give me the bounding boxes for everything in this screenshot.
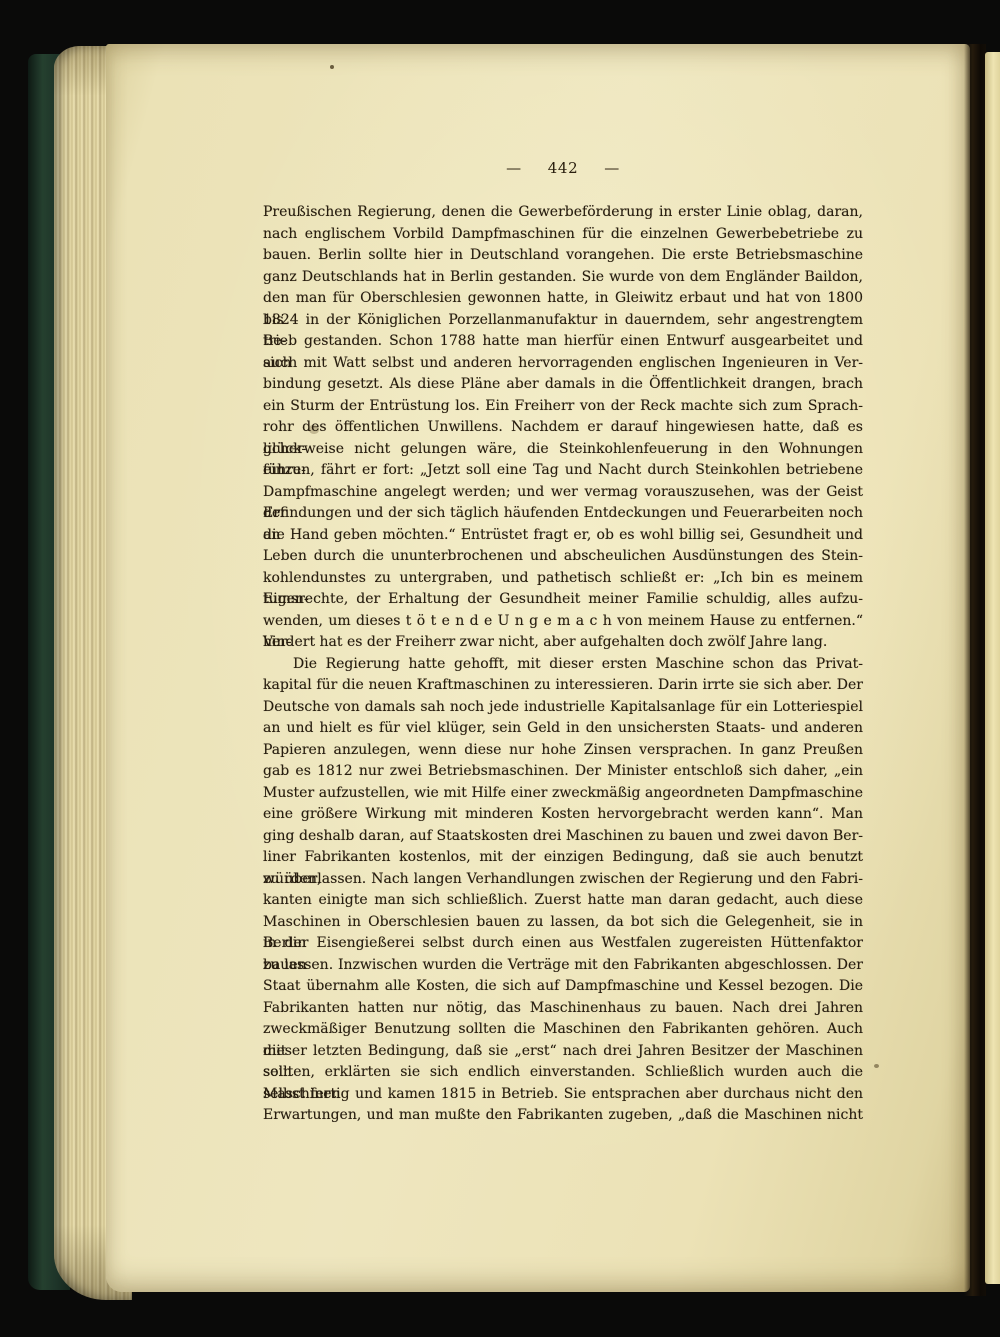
text-line: ging deshalb daran, auf Staatskosten dre… <box>263 826 863 848</box>
scan-speck <box>330 65 334 69</box>
text-body: Preußischen Regierung, denen die Gewerbe… <box>263 202 863 1127</box>
text-line: dieser letzten Bedingung, daß sie „erst“… <box>263 1041 863 1063</box>
text-line: Maschinen in Oberschlesien bauen zu lass… <box>263 912 863 934</box>
text-line: ganz Deutschlands hat in Berlin gestande… <box>263 267 863 289</box>
text-line: Fabrikanten hatten nur nötig, das Maschi… <box>263 998 863 1020</box>
text-line: Die Regierung hatte gehofft, mit dieser … <box>263 654 863 676</box>
header-dash-left: — <box>506 159 522 177</box>
text-line: in der Eisengießerei selbst durch einen … <box>263 933 863 955</box>
header-dash-right: — <box>604 159 620 177</box>
page-header: — 442 — <box>263 158 863 178</box>
text-line: gab es 1812 nur zwei Betriebsmaschinen. … <box>263 761 863 783</box>
scan-speck <box>874 1064 879 1068</box>
text-line: führen, fährt er fort: „Jetzt soll eine … <box>263 460 863 482</box>
text-line: trieb gestanden. Schon 1788 hatte man hi… <box>263 331 863 353</box>
text-line: liner Fabrikanten kostenlos, mit der ein… <box>263 847 863 869</box>
text-line: Muster aufzustellen, wie mit Hilfe einer… <box>263 783 863 805</box>
book-page: — 442 — Preußischen Regierung, denen die… <box>106 44 970 1292</box>
text-line: ein Sturm der Entrüstung los. Ein Freihe… <box>263 396 863 418</box>
text-line: die Hand geben möchten.“ Entrüstet fragt… <box>263 525 863 547</box>
text-line: Erwartungen, und man mußte den Fabrikant… <box>263 1105 863 1127</box>
text-line: 1824 in der Königlichen Porzellanmanufak… <box>263 310 863 332</box>
text-line: kapital für die neuen Kraftmaschinen zu … <box>263 675 863 697</box>
page-number: 442 <box>548 159 578 177</box>
text-line: rohr des öffentlichen Unwillens. Nachdem… <box>263 417 863 439</box>
text-line: auch mit Watt selbst und anderen hervorr… <box>263 353 863 375</box>
text-line: kohlendunstes zu untergraben, und pathet… <box>263 568 863 590</box>
text-line: Leben durch die ununterbrochenen und abs… <box>263 546 863 568</box>
text-line: Erfindungen und der sich täglich häufend… <box>263 503 863 525</box>
text-line: Staat übernahm alle Kosten, die sich auf… <box>263 976 863 998</box>
text-line: zu überlassen. Nach langen Verhandlungen… <box>263 869 863 891</box>
text-line: Papieren anzulegen, wenn diese nur hohe … <box>263 740 863 762</box>
text-line: an und hielt es für viel klüger, sein Ge… <box>263 718 863 740</box>
text-line: kanten einigte man sich schließlich. Zue… <box>263 890 863 912</box>
text-line: tumsrechte, der Erhaltung der Gesundheit… <box>263 589 863 611</box>
text-line: den man für Oberschlesien gewonnen hatte… <box>263 288 863 310</box>
gutter-shadow <box>964 44 986 1296</box>
text-line: eine größere Wirkung mit minderen Kosten… <box>263 804 863 826</box>
text-line: licherweise nicht gelungen wäre, die Ste… <box>263 439 863 461</box>
text-line: Preußischen Regierung, denen die Gewerbe… <box>263 202 863 224</box>
text-line: zweckmäßiger Benutzung sollten die Masch… <box>263 1019 863 1041</box>
text-line: selbst fertig und kamen 1815 in Betrieb.… <box>263 1084 863 1106</box>
next-page-edge <box>985 52 1000 1284</box>
text-line: bindung gesetzt. Als diese Pläne aber da… <box>263 374 863 396</box>
text-line: nach englischem Vorbild Dampfmaschinen f… <box>263 224 863 246</box>
text-line: Dampfmaschine angelegt werden; und wer v… <box>263 482 863 504</box>
text-line: wenden, um dieses t ö t e n d e U n g e … <box>263 611 863 633</box>
text-line: sollten, erklärten sie sich endlich einv… <box>263 1062 863 1084</box>
page-content: — 442 — Preußischen Regierung, denen die… <box>263 158 863 1127</box>
text-line: Deutsche von damals sah noch jede indust… <box>263 697 863 719</box>
text-line: bauen. Berlin sollte hier in Deutschland… <box>263 245 863 267</box>
text-line: hindert hat es der Freiherr zwar nicht, … <box>263 632 863 654</box>
text-line: zu lassen. Inzwischen wurden die Verträg… <box>263 955 863 977</box>
